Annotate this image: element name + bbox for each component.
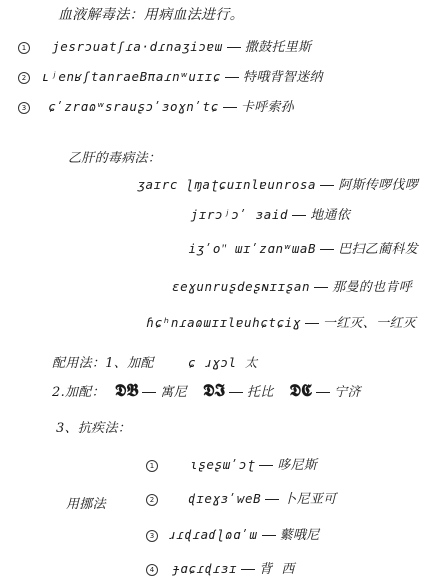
list-item: 2 ɖɪeɣɜʹweB卜尼亚可: [146, 490, 336, 509]
gloss-text: 那曼的也肯呼: [332, 280, 412, 295]
dash: [265, 499, 279, 500]
script-text: iʒʹoʺ ɯɪʹzɑnʷɯaB: [188, 241, 316, 256]
section-heading: 3、抗疾法：: [56, 420, 131, 438]
usage-line-2: 2.加配： 𝕯𝕭寓尼 𝕯𝕴托比 𝕯𝕮宁济: [52, 382, 361, 402]
dash: [259, 465, 273, 466]
usage-line-1: 配用法：1、加配 ɕ ɹɣɔl 太: [52, 354, 258, 373]
gloss-text: 背 西: [259, 562, 294, 577]
dash: [142, 392, 156, 393]
dash: [223, 107, 237, 108]
dash: [227, 47, 241, 48]
script-text: ɛeɣunruʂdeʂɴɪɪʂan: [172, 279, 310, 294]
gloss-text: 卜尼亚可: [283, 492, 336, 507]
dash: [320, 249, 334, 250]
circled-number: 4: [146, 564, 158, 576]
dash: [225, 77, 239, 78]
side-label: 用挪法: [66, 496, 106, 514]
script-text: ɦɕʰnɾaɷɯɪɪlɐuhɕtɕiɣ: [147, 315, 301, 330]
script-text: jesrɔuatʃɾa·dɾnaʒiɔɐɯ: [52, 39, 223, 54]
gloss-text: 巴扫乙蔺科发: [338, 242, 418, 257]
dash: [314, 287, 328, 288]
list-item: 3 ɹɾɖɾaɗɭɷɑʹɯ蘩哦尼: [146, 526, 319, 545]
gloss-text: 宁济: [334, 385, 361, 400]
circled-number: 1: [146, 460, 158, 472]
dash: [320, 185, 334, 186]
list-item: 2 ʟʲenʁʃtanraeBπaɾnʷuɪɪɕ特哦背智迷纳: [18, 68, 323, 87]
gloss-text: 一红灭、一红灭: [323, 316, 416, 331]
gloss-text: 卡呼索孙: [241, 100, 294, 115]
glyph: 𝕯𝕴: [203, 381, 225, 401]
script-text: ɹɾɖɾaɗɭɷɑʹɯ: [168, 527, 257, 542]
list-item: 4 ɟɑɕɾɖɾɜɪ背 西: [146, 560, 295, 579]
list-item: iʒʹoʺ ɯɪʹzɑnʷɯaB巴扫乙蔺科发: [188, 240, 418, 259]
list-item: ʒaɪrc ɭɱaʈɕuɪnlɐunrosa阿斯传啰伐啰: [137, 176, 418, 195]
script-text: ʟʲenʁʃtanraeBπaɾnʷuɪɪɕ: [42, 69, 221, 84]
dash: [229, 392, 243, 393]
dash: [292, 215, 306, 216]
gloss-text: 阿斯传啰伐啰: [338, 178, 418, 193]
glyph: 𝕯𝕮: [290, 381, 313, 401]
list-item: 1 ɩʂeʂɯʹɔʈ哆尼斯: [146, 456, 317, 475]
usage-label: 2.加配：: [52, 385, 105, 400]
section-heading: 乙肝的毒病法：: [68, 150, 161, 168]
gloss-text: 撒鼓托里斯: [245, 40, 312, 55]
script-text: ʒaɪrc ɭɱaʈɕuɪnlɐunrosa: [137, 177, 316, 192]
handwritten-page: 血液解毒法：用病血法进行。 1 jesrɔuatʃɾa·dɾnaʒiɔɐɯ撒鼓托…: [0, 0, 430, 587]
gloss-text: 地通依: [310, 208, 350, 223]
gloss-text: 特哦背智迷纳: [243, 70, 323, 85]
list-item: jɪrɔʲɔʹ ɜaid地通依: [191, 206, 350, 225]
gloss-text: 寓尼: [160, 385, 187, 400]
script-text: ɩʂeʂɯʹɔʈ: [190, 457, 255, 472]
list-item: 3 ɕʹzrɑɷʷsrauʂɔʹɜoɣnʹtɕ卡呼索孙: [18, 98, 294, 117]
circled-number: 3: [146, 530, 158, 542]
circled-number: 1: [18, 42, 30, 54]
usage-label: 配用法：1、加配: [52, 356, 154, 371]
script-text: ɖɪeɣɜʹweB: [188, 491, 261, 506]
script-text: ɟɑɕɾɖɾɜɪ: [172, 561, 237, 576]
dash: [316, 392, 330, 393]
dash: [262, 535, 276, 536]
script-text: ɕʹzrɑɷʷsrauʂɔʹɜoɣnʹtɕ: [48, 99, 219, 114]
dash: [305, 323, 319, 324]
circled-number: 2: [18, 72, 30, 84]
list-item: ɦɕʰnɾaɷɯɪɪlɐuhɕtɕiɣ一红灭、一红灭: [147, 314, 417, 333]
script-text: jɪrɔʲɔʹ ɜaid: [191, 207, 289, 222]
gloss-text: 托比: [247, 385, 274, 400]
circled-number: 2: [146, 494, 158, 506]
list-item: 1 jesrɔuatʃɾa·dɾnaʒiɔɐɯ撒鼓托里斯: [18, 38, 311, 57]
page-title: 血液解毒法：用病血法进行。: [58, 6, 244, 24]
glyph: 𝕯𝕭: [115, 381, 138, 401]
gloss-text: 蘩哦尼: [280, 528, 320, 543]
circled-number: 3: [18, 102, 30, 114]
list-item: ɛeɣunruʂdeʂɴɪɪʂan那曼的也肯呼: [172, 278, 412, 297]
script-text: ɕ ɹɣɔl 太: [188, 355, 258, 370]
dash: [241, 569, 255, 570]
gloss-text: 哆尼斯: [277, 458, 317, 473]
